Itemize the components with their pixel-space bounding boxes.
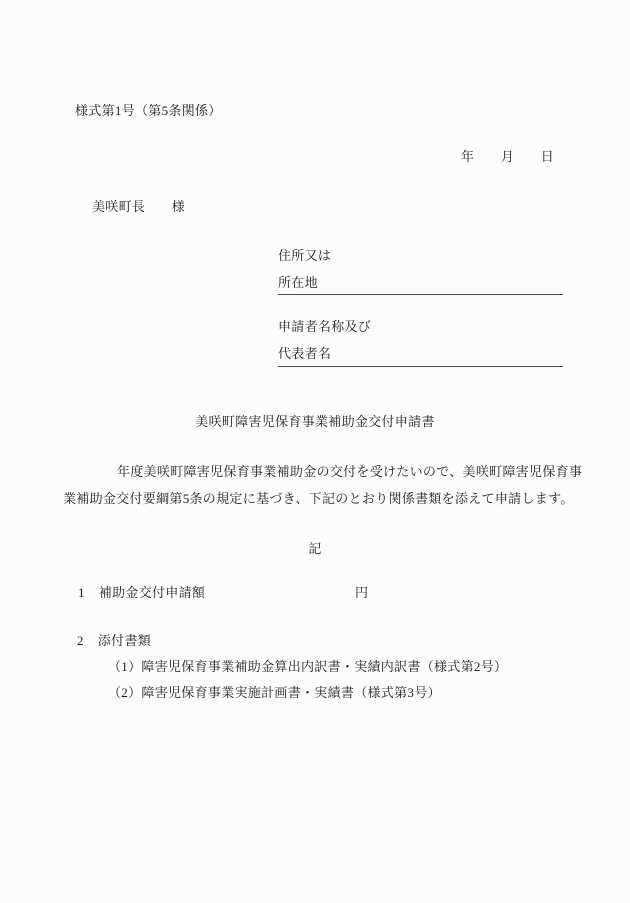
date-fill-in-line: 年 月 日	[461, 146, 554, 165]
document-page: 様式第1号（第5条関係） 年 月 日 美咲町長 様 住所又は 所在地 申請者名称…	[0, 0, 630, 903]
applicant-name-label-line2: 代表者名	[278, 343, 331, 362]
address-label-line2: 所在地	[278, 272, 318, 291]
amount-unit-label: 円	[355, 582, 368, 601]
attachments-label: 添付書類	[98, 633, 151, 648]
item-2-row: 2添付書類	[77, 630, 151, 649]
subsidy-amount-label: 補助金交付申請額	[99, 585, 205, 600]
attachment-item-2: （2）障害児保育事業実施計画書・実績書（様式第3号）	[108, 682, 441, 701]
attachment-item-1: （1）障害児保育事業補助金算出内訳書・実績内訳書（様式第2号）	[108, 656, 507, 675]
address-label-line1: 住所又は	[278, 245, 331, 264]
body-paragraph-line2: 業補助金交付要綱第5条の規定に基づき、下記のとおり関係書類を添えて申請します。	[63, 485, 574, 512]
section-marker: 記	[0, 538, 630, 557]
address-fill-line	[278, 294, 563, 295]
form-number-label: 様式第1号（第5条関係）	[75, 100, 222, 119]
applicant-name-fill-line	[278, 366, 563, 367]
addressee-label: 美咲町長 様	[92, 196, 185, 215]
item-1-row: 1補助金交付申請額 円	[78, 582, 498, 601]
body-paragraph-line1: 年度美咲町障害児保育事業補助金の交付を受けたいので、美咲町障害児保育事	[63, 458, 582, 485]
document-title: 美咲町障害児保育事業補助金交付申請書	[0, 411, 630, 430]
item-1-number: 1	[78, 585, 85, 600]
item-2-number: 2	[77, 633, 84, 648]
applicant-name-label-line1: 申請者名称及び	[278, 316, 371, 335]
